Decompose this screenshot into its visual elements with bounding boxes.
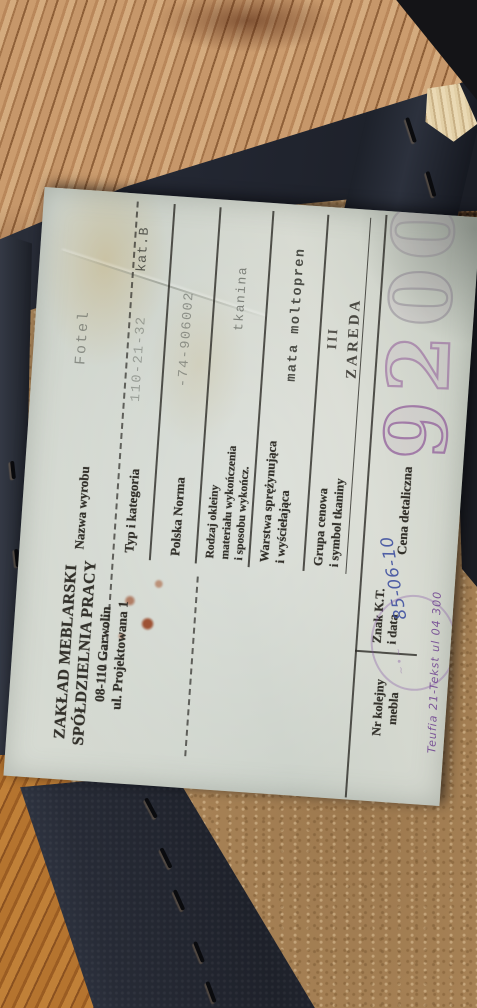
retail-price-stamp: 9200	[371, 192, 470, 461]
field-value-polska-norma: -74-906002	[176, 291, 198, 388]
field-value-kategoria: kat.B	[135, 226, 153, 272]
field-label-typ-kategoria: Typ i kategoria	[121, 468, 143, 553]
field-value-nazwa-wyrobu: Fotel	[72, 309, 93, 365]
footer-label-cena: Cena detaliczna	[394, 466, 416, 555]
field-value-typ: 110-21-32	[129, 315, 150, 402]
field-value-warstwa: mata moltopren	[285, 247, 309, 382]
field-label-polska-norma: Polska Norma	[167, 477, 188, 557]
photo-scene: ZAKŁAD MEBLARSKI SPÓŁDZIELNIA PRACY 08-1…	[0, 0, 477, 1008]
field-value-rodzaj-okleiny: tkanina	[231, 265, 251, 331]
header-underline-dashed	[184, 577, 199, 757]
manufacturer-block: ZAKŁAD MEBLARSKI SPÓŁDZIELNIA PRACY 08-1…	[49, 553, 134, 754]
field-label-grupa-cenowa: Grupa cenowa i symbol tkaniny	[311, 477, 348, 568]
field-label-nazwa-wyrobu: Nazwa wyrobu	[71, 466, 93, 550]
furniture-label-paper: ZAKŁAD MEBLARSKI SPÓŁDZIELNIA PRACY 08-1…	[3, 187, 477, 806]
field-label-warstwa: Warstwa sprężynująca i wyściełająca	[257, 440, 296, 564]
field-label-rodzaj-okleiny: Rodzaj okleiny materiału wykończenia i s…	[203, 444, 254, 561]
field-value-grupa: III	[325, 327, 343, 350]
